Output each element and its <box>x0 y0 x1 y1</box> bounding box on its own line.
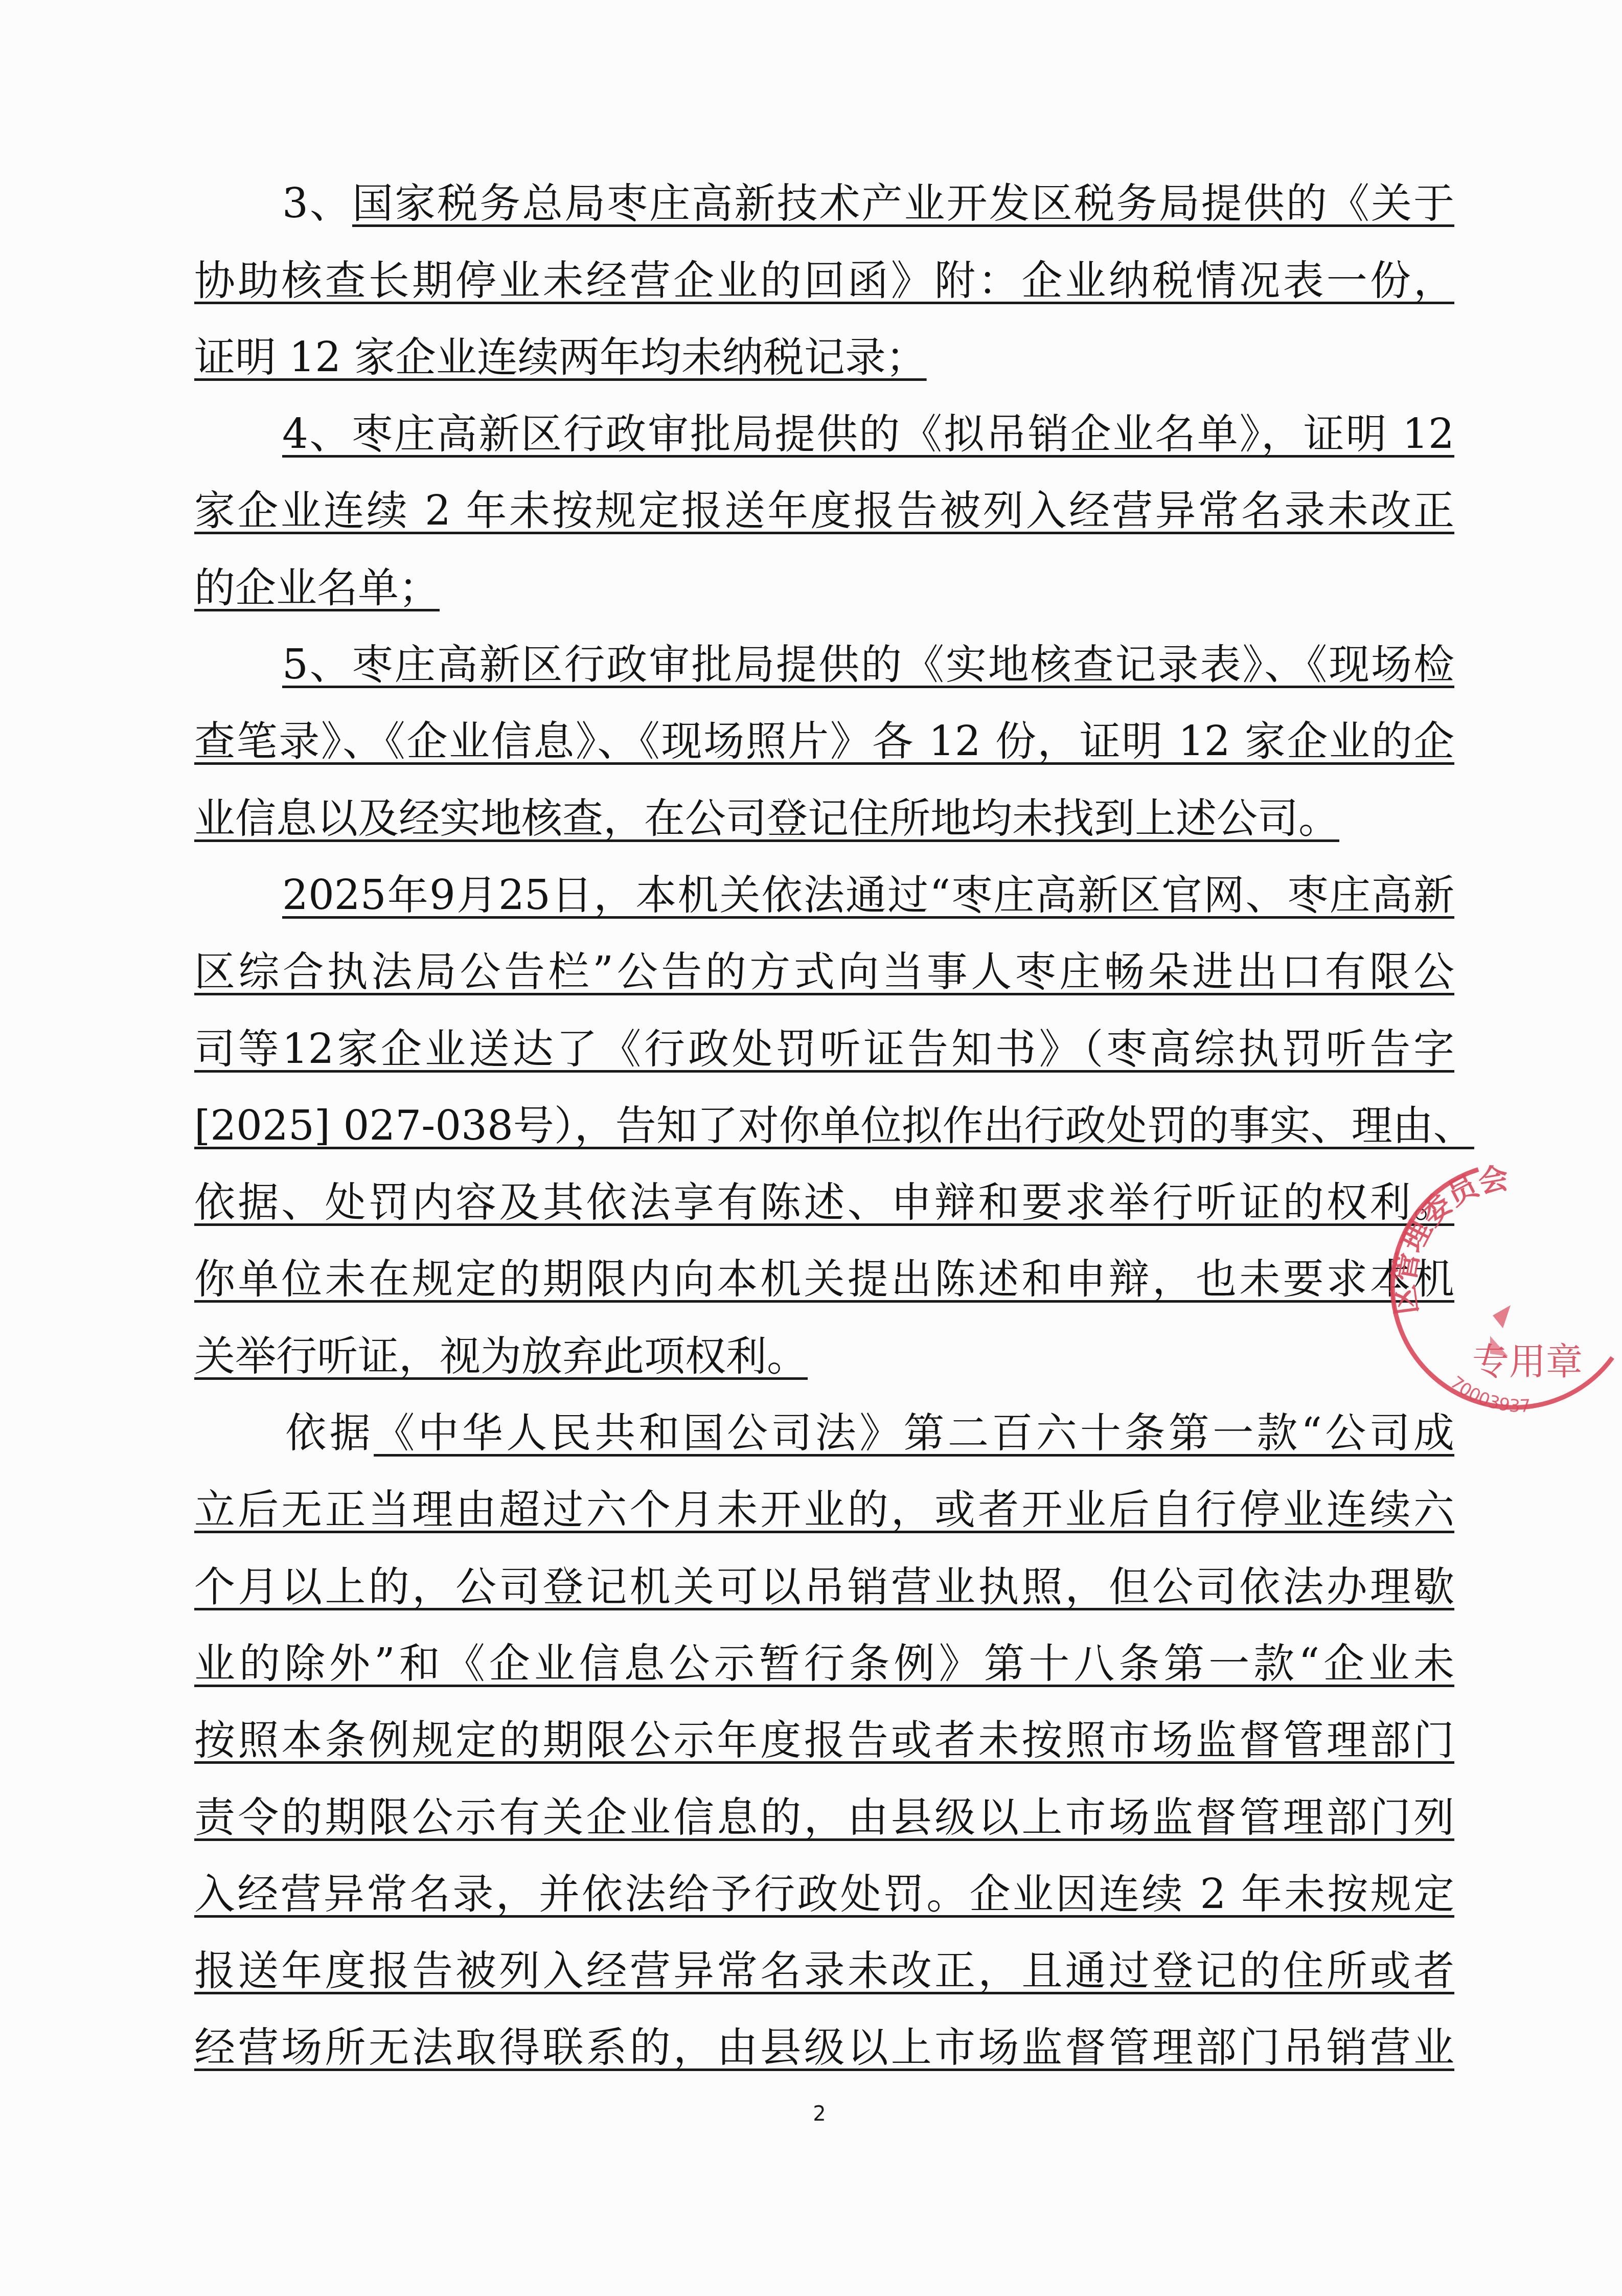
text-line: 依据《中华人民共和国公司法》第二百六十条第一款“公司成 <box>194 1383 1454 1460</box>
line-text: 协助核查长期停业未经营企业的回函》附：企业纳税情况表一份， <box>194 256 1454 307</box>
text-line: 责令的期限公示有关企业信息的，由县级以上市场监督管理部门列 <box>194 1767 1454 1844</box>
text-line: 查笔录》、《企业信息》、《现场照片》各 12 份，证明 12 家企业的企 <box>194 691 1454 768</box>
line-text: 2025年9月25日，本机关依法通过“枣庄高新区官网、枣庄高新 <box>282 871 1454 919</box>
item-number: 3、 <box>282 179 352 227</box>
page: 3、国家税务总局枣庄高新技术产业开发区税务局提供的《关于 协助核查长期停业未经营… <box>0 0 1622 2296</box>
line-text: 入经营异常名录，并依法给予行政处罚。企业因连续 2 年未按规定 <box>194 1870 1454 1921</box>
line-text: 关举行听证，视为放弃此项权利。 <box>194 1332 808 1380</box>
line-text: 个月以上的，公司登记机关可以吊销营业执照，但公司依法办理歇 <box>194 1562 1454 1613</box>
line-text: 业信息以及经实地核查，在公司登记住所地均未找到上述公司。 <box>194 794 1339 842</box>
line-text: 你单位未在规定的期限内向本机关提出陈述和申辩，也未要求本机 <box>194 1255 1454 1306</box>
line-text: 责令的期限公示有关企业信息的，由县级以上市场监督管理部门列 <box>194 1793 1454 1844</box>
line-text: 业的除外”和《企业信息公示暂行条例》第十八条第一款“企业未 <box>194 1639 1454 1690</box>
line-text: 家企业连续 2 年未按规定报送年度报告被列入经营异常名录未改正 <box>194 486 1454 537</box>
text-line: 4、枣庄高新区行政审批局提供的《拟吊销企业名单》，证明 12 <box>194 384 1454 461</box>
line-text: 国家税务总局枣庄高新技术产业开发区税务局提供的《关于 <box>352 179 1454 227</box>
line-text: 《中华人民共和国公司法》第二百六十条第一款“公司成 <box>374 1409 1454 1457</box>
text-line: 关举行听证，视为放弃此项权利。 <box>194 1306 1454 1382</box>
line-text: 报送年度报告被列入经营异常名录未改正，且通过登记的住所或者 <box>194 1946 1454 1997</box>
line-text: 的企业名单； <box>194 564 440 611</box>
line-text: 按照本条例规定的期限公示年度报告或者未按照市场监督管理部门 <box>194 1716 1454 1767</box>
line-text: 4、枣庄高新区行政审批局提供的《拟吊销企业名单》，证明 12 <box>282 410 1454 458</box>
line-text: 区综合执法局公告栏”公告的方式向当事人枣庄畅朵进出口有限公 <box>194 947 1454 998</box>
line-text: 5、枣庄高新区行政审批局提供的《实地核查记录表》、《现场检 <box>282 641 1454 688</box>
text-line: 证明 12 家企业连续两年均未纳税记录； <box>194 307 1454 384</box>
text-line: 经营场所无法取得联系的，由县级以上市场监督管理部门吊销营业 <box>194 1997 1454 2074</box>
document-body: 3、国家税务总局枣庄高新技术产业开发区税务局提供的《关于 协助核查长期停业未经营… <box>194 153 1454 2074</box>
text-line: 业的除外”和《企业信息公示暂行条例》第十八条第一款“企业未 <box>194 1613 1454 1690</box>
text-line: 区综合执法局公告栏”公告的方式向当事人枣庄畅朵进出口有限公 <box>194 922 1454 998</box>
text-line: 司等12家企业送达了《行政处罚听证告知书》（枣高综执罚听告字 <box>194 998 1454 1075</box>
line-text: 查笔录》、《企业信息》、《现场照片》各 12 份，证明 12 家企业的企 <box>194 717 1454 768</box>
text-line: 立后无正当理由超过六个月未开业的，或者开业后自行停业连续六 <box>194 1460 1454 1536</box>
text-line: 按照本条例规定的期限公示年度报告或者未按照市场监督管理部门 <box>194 1690 1454 1767</box>
text-line: 报送年度报告被列入经营异常名录未改正，且通过登记的住所或者 <box>194 1921 1454 1997</box>
text-line: 2025年9月25日，本机关依法通过“枣庄高新区官网、枣庄高新 <box>194 845 1454 922</box>
text-line: 的企业名单； <box>194 537 1454 614</box>
line-text: 依据、处罚内容及其依法享有陈述、申辩和要求举行听证的权利。 <box>194 1178 1454 1229</box>
text-line: 协助核查长期停业未经营企业的回函》附：企业纳税情况表一份， <box>194 230 1454 307</box>
line-text: 证明 12 家企业连续两年均未纳税记录； <box>194 333 927 381</box>
line-text: [2025] 027-038号），告知了对你单位拟作出行政处罚的事实、理由、 <box>194 1101 1454 1152</box>
text-line: 个月以上的，公司登记机关可以吊销营业执照，但公司依法办理歇 <box>194 1536 1454 1613</box>
text-line: [2025] 027-038号），告知了对你单位拟作出行政处罚的事实、理由、 <box>194 1076 1454 1152</box>
text-line: 3、国家税务总局枣庄高新技术产业开发区税务局提供的《关于 <box>194 153 1454 230</box>
text-line: 入经营异常名录，并依法给予行政处罚。企业因连续 2 年未按规定 <box>194 1844 1454 1921</box>
line-text: 司等12家企业送达了《行政处罚听证告知书》（枣高综执罚听告字 <box>194 1025 1454 1076</box>
text-line: 5、枣庄高新区行政审批局提供的《实地核查记录表》、《现场检 <box>194 615 1454 691</box>
text-line: 依据、处罚内容及其依法享有陈述、申辩和要求举行听证的权利。 <box>194 1152 1454 1229</box>
text-line: 你单位未在规定的期限内向本机关提出陈述和申辩，也未要求本机 <box>194 1229 1454 1306</box>
text-line: 家企业连续 2 年未按规定报送年度报告被列入经营异常名录未改正 <box>194 461 1454 537</box>
line-text: 经营场所无法取得联系的，由县级以上市场监督管理部门吊销营业 <box>194 2023 1454 2074</box>
lead-text: 依据 <box>282 1409 374 1457</box>
line-text: 立后无正当理由超过六个月未开业的，或者开业后自行停业连续六 <box>194 1485 1454 1536</box>
text-line: 业信息以及经实地核查，在公司登记住所地均未找到上述公司。 <box>194 768 1454 845</box>
page-number: 2 <box>807 2102 832 2126</box>
